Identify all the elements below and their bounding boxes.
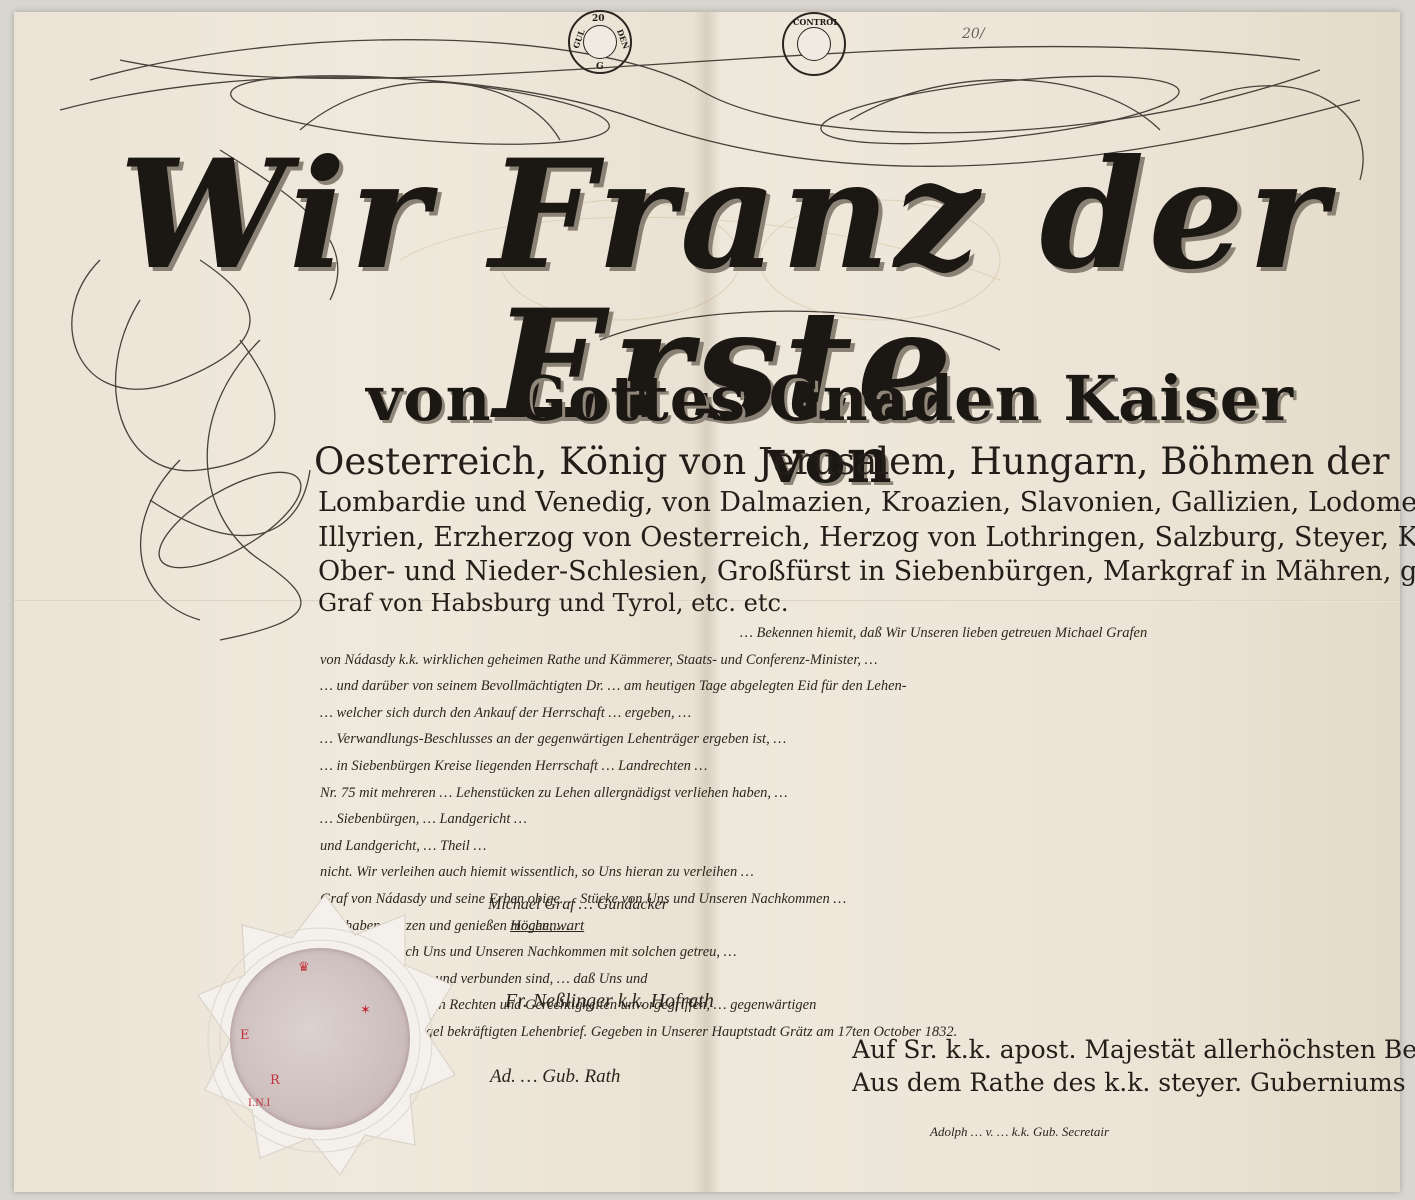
signature-3: Fr. Neßlinger k.k. Hofrath xyxy=(505,990,714,1013)
titles-line-2: Lombardie und Venedig, von Dalmazien, Kr… xyxy=(318,487,1415,518)
body-line: und Landgericht, … Theil … xyxy=(320,833,1340,860)
signature-1: Michael Graf … Gundacker xyxy=(488,896,668,914)
body-line: … Verwandlungs-Beschlusses an der gegenw… xyxy=(320,726,1340,753)
body-line: Graf von Nádasdy und seine Erben obige …… xyxy=(320,886,1340,913)
countersignature: Adolph … v. … k.k. Gub. Secretair xyxy=(930,1124,1109,1140)
footer-line-2: Aus dem Rathe des k.k. steyer. Gubernium… xyxy=(852,1068,1406,1097)
tax-stamp-bottom: G xyxy=(596,62,604,72)
body-line: … Siebenbürgen, … Landgericht … xyxy=(320,806,1340,833)
body-line: innehaben, nutzen und genießen mögen, … xyxy=(320,913,1340,940)
folio-number: 20/ xyxy=(962,26,985,42)
titles-line-4: Ober- und Nieder-Schlesien, Großfürst in… xyxy=(318,556,1415,587)
signature-2: Hochenwart xyxy=(510,918,584,935)
seal: ♛ E ✶ R I.N.I xyxy=(190,890,460,1180)
body-line: … und darüber von seinem Bevollmächtigte… xyxy=(320,673,1340,700)
titles-line-5: Graf von Habsburg und Tyrol, etc. etc. xyxy=(318,589,789,617)
signature-4: Ad. … Gub. Rath xyxy=(490,1066,620,1088)
titles-line-1: Oesterreich, König von Jerusalem, Hungar… xyxy=(314,440,1389,483)
body-line: … in Siebenbürgen Kreise liegenden Herrs… xyxy=(320,753,1340,780)
body-line: von Nádasdy k.k. wirklichen geheimen Rat… xyxy=(320,647,1340,674)
tax-stamp: 20 GUL DEN G xyxy=(568,10,632,74)
tax-stamp-value: 20 xyxy=(592,14,605,24)
tax-stamp-right: DEN xyxy=(615,28,631,51)
body-line: Nr. 75 mit mehreren … Lehenstücken zu Le… xyxy=(320,780,1340,807)
body-line: … zu thun schuldig und verbunden sind, …… xyxy=(320,966,1340,993)
body-line: nicht. Wir verleihen auch hiemit wissent… xyxy=(320,859,1340,886)
titles-line-3: Illyrien, Erzherzog von Oesterreich, Her… xyxy=(318,522,1415,553)
control-stamp: CONTROL xyxy=(782,12,846,76)
body-line: an Unseren und ihren Rechten und Gerecht… xyxy=(320,992,1340,1019)
body-text: … Bekennen hiemit, daß Wir Unseren liebe… xyxy=(320,620,1340,1046)
footer-line-1: Auf Sr. k.k. apost. Majestät allerhöchst… xyxy=(852,1035,1415,1064)
body-line: empfangen, auch Uns und Unseren Nachkomm… xyxy=(320,939,1340,966)
body-line: … Bekennen hiemit, daß Wir Unseren liebe… xyxy=(320,620,1340,647)
body-line: … welcher sich durch den Ankauf der Herr… xyxy=(320,700,1340,727)
wax-seal-impression: ♛ E ✶ R I.N.I xyxy=(230,948,410,1130)
control-stamp-text: CONTROL xyxy=(793,17,839,27)
